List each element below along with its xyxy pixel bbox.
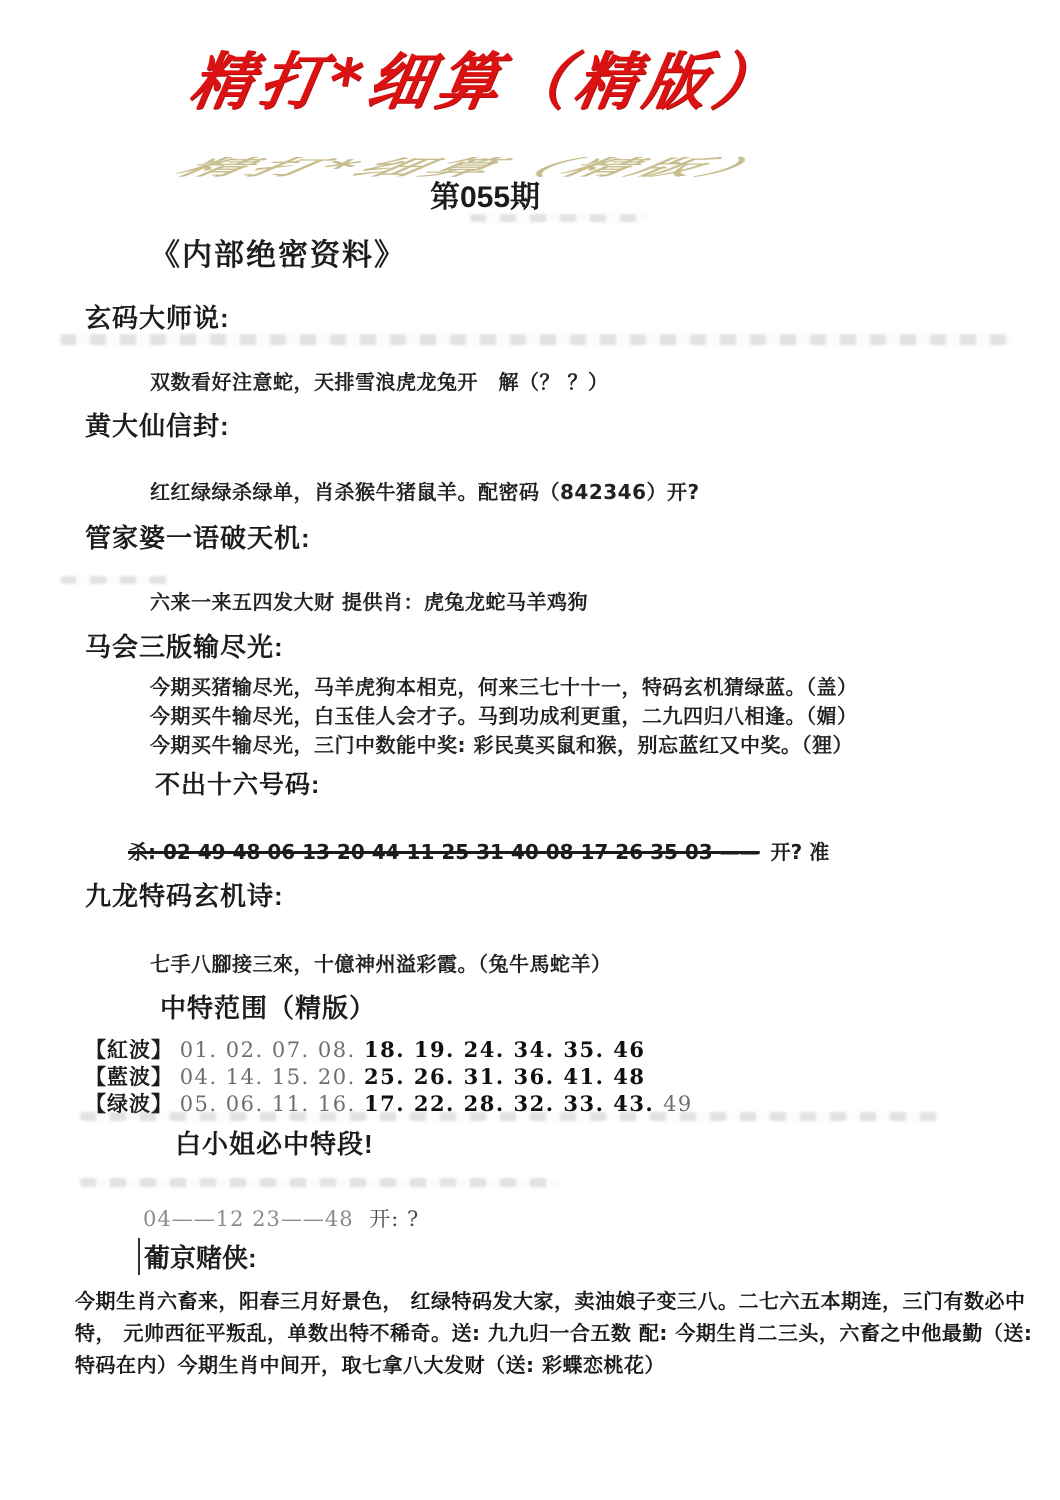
masthead: 精打*细算（精版） 精打*细算（精版） xyxy=(192,24,872,174)
issue-number: 第055期 xyxy=(430,172,540,216)
pujing-line-2: 特， 元帅西征平叛乱，单数出特不稀奇。送: 九九归一合五数 配: 今期生肖二三头… xyxy=(75,1317,1032,1346)
red-wave-label: 【紅波】 xyxy=(85,1039,173,1062)
shujinguang-line-3: 今期买牛输尽光，三门中数能中奖: 彩民莫买鼠和猴，别忘蓝红又中奖。（狸） xyxy=(150,729,853,758)
pujing-line-1: 今期生肖六畜来，阳春三月好景色， 红绿特码发大家，卖油娘子变三八。二七六五本期连… xyxy=(75,1285,1025,1314)
blue-wave-row: 【藍波】 04. 14. 15. 20. 25. 26. 31. 36. 41.… xyxy=(85,1061,645,1091)
section-heading-huangdaxian: 黄大仙信封: xyxy=(85,406,230,443)
subtitle: 《内部绝密资料》 xyxy=(150,230,406,274)
red-wave-numbers-bold: 18. 19. 24. 34. 35. 46 xyxy=(364,1037,645,1062)
blue-wave-label: 【藍波】 xyxy=(85,1066,173,1089)
faded-text-smudge xyxy=(80,1178,560,1187)
faded-text-smudge xyxy=(80,1112,940,1121)
shujinguang-line-1: 今期买猪输尽光，马羊虎狗本相克，何来三七十十一，特码玄机猜绿蓝。（盖） xyxy=(150,671,858,700)
segment-open: 开: ? xyxy=(369,1207,419,1231)
segment-heading: 白小姐必中特段! xyxy=(175,1124,374,1161)
jiulong-poem-line: 七手八腳接三來，十億神州溢彩霞。（兔牛馬蛇羊） xyxy=(150,948,612,977)
shujinguang-line-2: 今期买牛输尽光，白玉佳人会才子。马到功成利更重，二九四归八相逢。（媚） xyxy=(150,700,858,729)
section-content-huangdaxian: 红红绿绿杀绿单，肖杀猴牛猪鼠羊。配密码（842346）开? xyxy=(150,476,700,505)
section-content-xuanma: 双数看好注意蛇，天排雪浪虎龙兔开 解（？ ？） xyxy=(150,366,608,395)
blue-wave-numbers-light: 04. 14. 15. 20. xyxy=(180,1065,364,1089)
faded-text-smudge xyxy=(60,334,1010,345)
section-heading-mahui: 马会三版输尽光: xyxy=(85,627,284,664)
kill-numbers-open: 开? 准 xyxy=(771,840,830,864)
section-content-guanjiapo: 六来一来五四发大财 提供肖：虎兔龙蛇马羊鸡狗 xyxy=(150,586,588,615)
faded-text-smudge xyxy=(60,576,170,584)
pujing-heading: 葡京赌侠: xyxy=(138,1238,257,1275)
page-title: 精打*细算（精版） xyxy=(184,32,791,121)
lottery-tip-sheet: 精打*细算（精版） 精打*细算（精版） 第055期 《内部绝密资料》 玄码大师说… xyxy=(0,0,1060,1500)
section-heading-xuanma: 玄码大师说: xyxy=(85,298,230,335)
red-wave-numbers-light: 01. 02. 07. 08. xyxy=(180,1038,364,1062)
pujing-line-3: 特码在内）今期生肖中间开，取七拿八大发财（送: 彩蝶恋桃花） xyxy=(75,1349,665,1378)
wave-range-heading: 中特范围（精版） xyxy=(160,988,376,1025)
kill-numbers-label: 不出十六号码: xyxy=(155,765,320,801)
section-heading-guanjiapo: 管家婆一语破天机: xyxy=(85,518,311,555)
segment-range: 04——12 23——48 xyxy=(143,1207,354,1231)
red-wave-row: 【紅波】 01. 02. 07. 08. 18. 19. 24. 34. 35.… xyxy=(85,1034,645,1064)
kill-numbers-struck: 杀: 02 49 48 06 13 20 44 11 25 31 40 08 1… xyxy=(128,840,760,864)
segment-value-line: 04——12 23——48 开: ? xyxy=(143,1203,419,1233)
section-heading-jiulong: 九龙特码玄机诗: xyxy=(85,876,284,913)
kill-numbers-line: 杀: 02 49 48 06 13 20 44 11 25 31 40 08 1… xyxy=(128,836,829,865)
blue-wave-numbers-bold: 25. 26. 31. 36. 41. 48 xyxy=(364,1064,645,1089)
